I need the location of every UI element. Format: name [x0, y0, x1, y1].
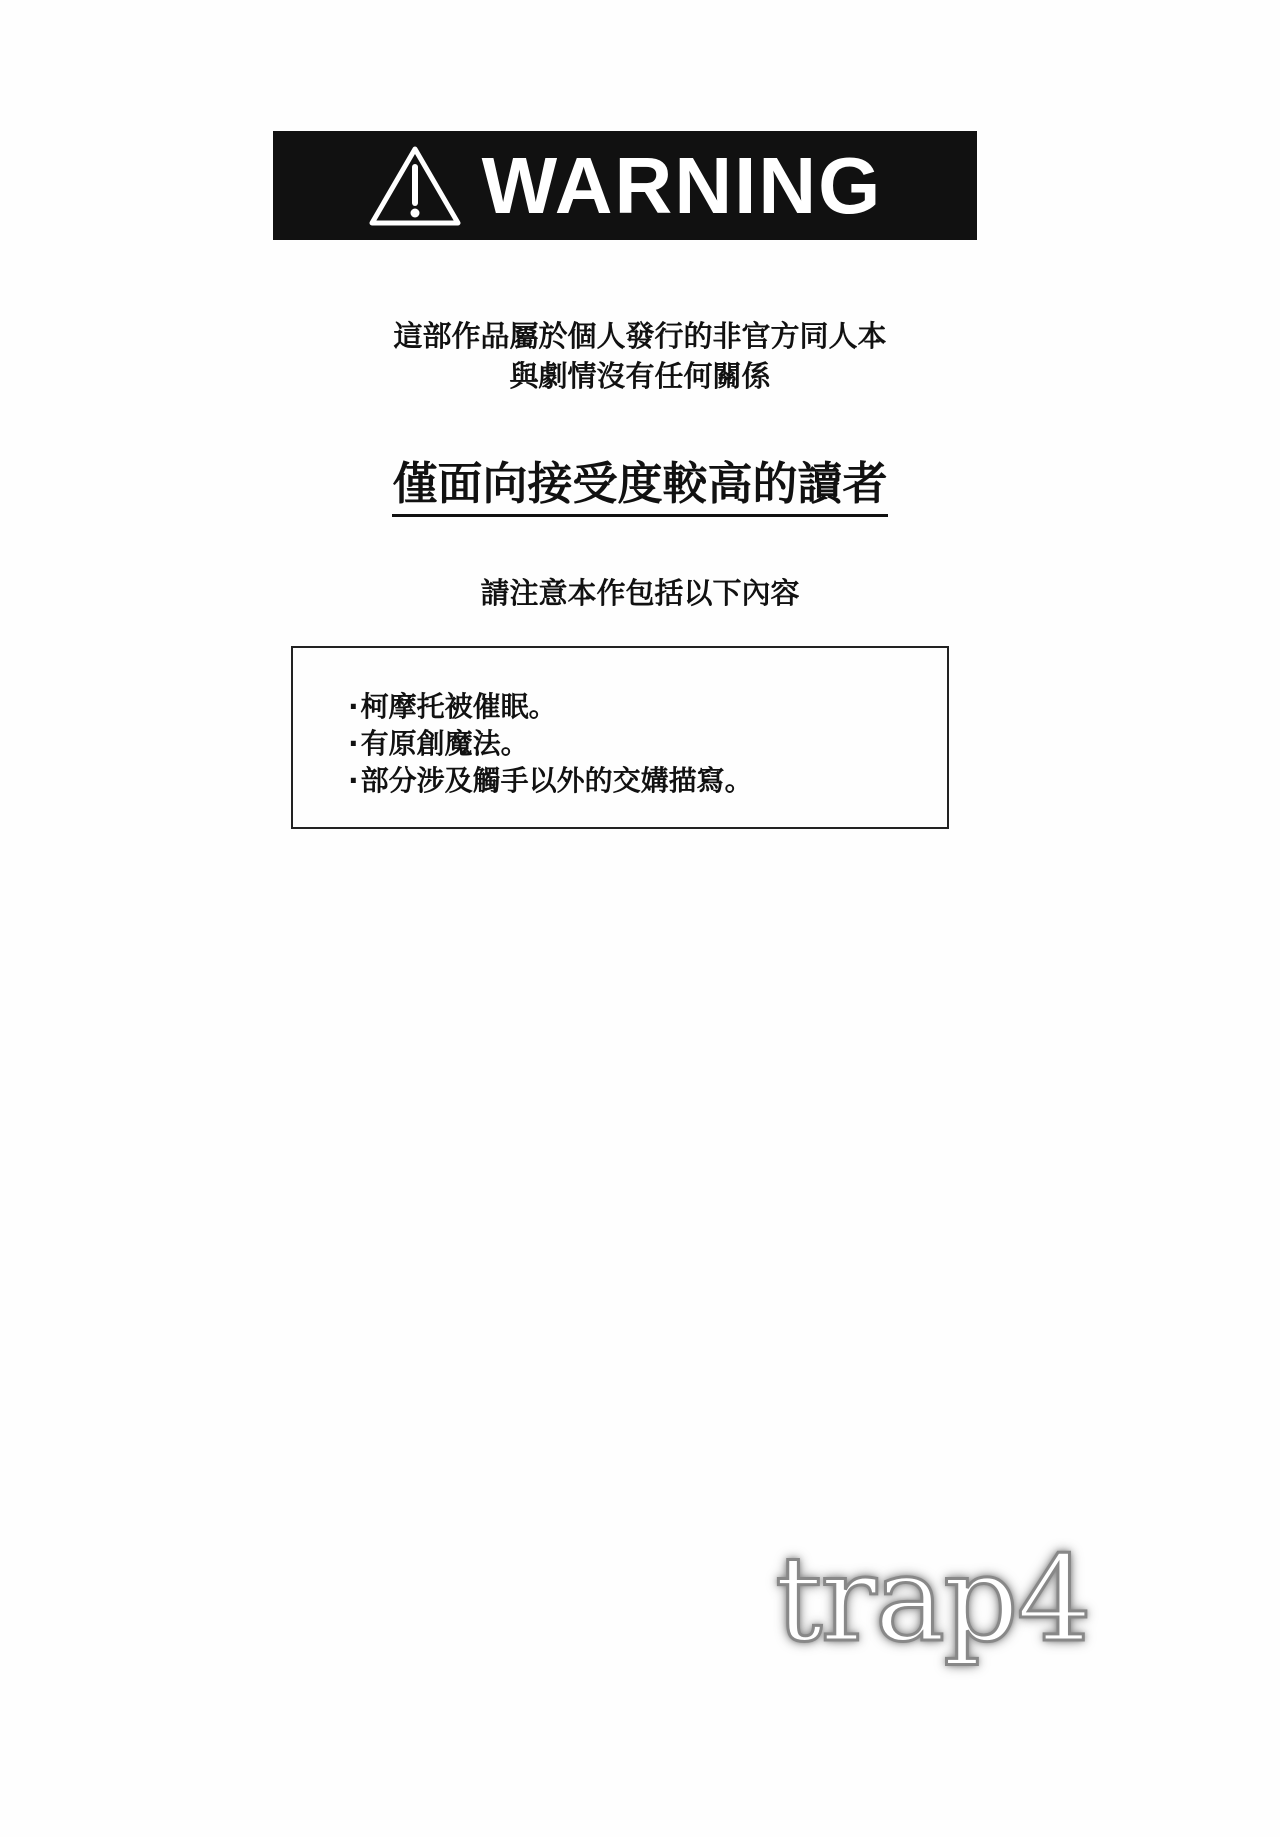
content-warning-item: 有原創魔法。 — [348, 725, 753, 762]
content-warning-item: 部分涉及觸手以外的交媾描寫。 — [348, 762, 753, 799]
warning-title: WARNING — [482, 146, 883, 226]
page: WARNING 這部作品屬於個人發行的非官方同人本 與劇情沒有任何關係 僅面向接… — [0, 0, 1280, 1837]
content-warning-list: 柯摩托被催眠。 有原創魔法。 部分涉及觸手以外的交媾描寫。 — [348, 688, 753, 799]
disclaimer-line-1: 這部作品屬於個人發行的非官方同人本 — [0, 316, 1280, 356]
notice-text: 請注意本作包括以下內容 — [0, 573, 1280, 613]
content-warning-item: 柯摩托被催眠。 — [348, 688, 753, 725]
warning-banner: WARNING — [273, 131, 977, 240]
content-warning-box: 柯摩托被催眠。 有原創魔法。 部分涉及觸手以外的交媾描寫。 — [291, 646, 949, 829]
disclaimer-text: 這部作品屬於個人發行的非官方同人本 與劇情沒有任何關係 — [0, 316, 1280, 396]
logo: trap4 — [775, 1540, 1090, 1658]
audience-heading: 僅面向接受度較高的讀者 — [0, 456, 1280, 517]
audience-heading-text: 僅面向接受度較高的讀者 — [392, 456, 887, 517]
warning-triangle-icon — [368, 145, 462, 227]
disclaimer-line-2: 與劇情沒有任何關係 — [0, 356, 1280, 396]
